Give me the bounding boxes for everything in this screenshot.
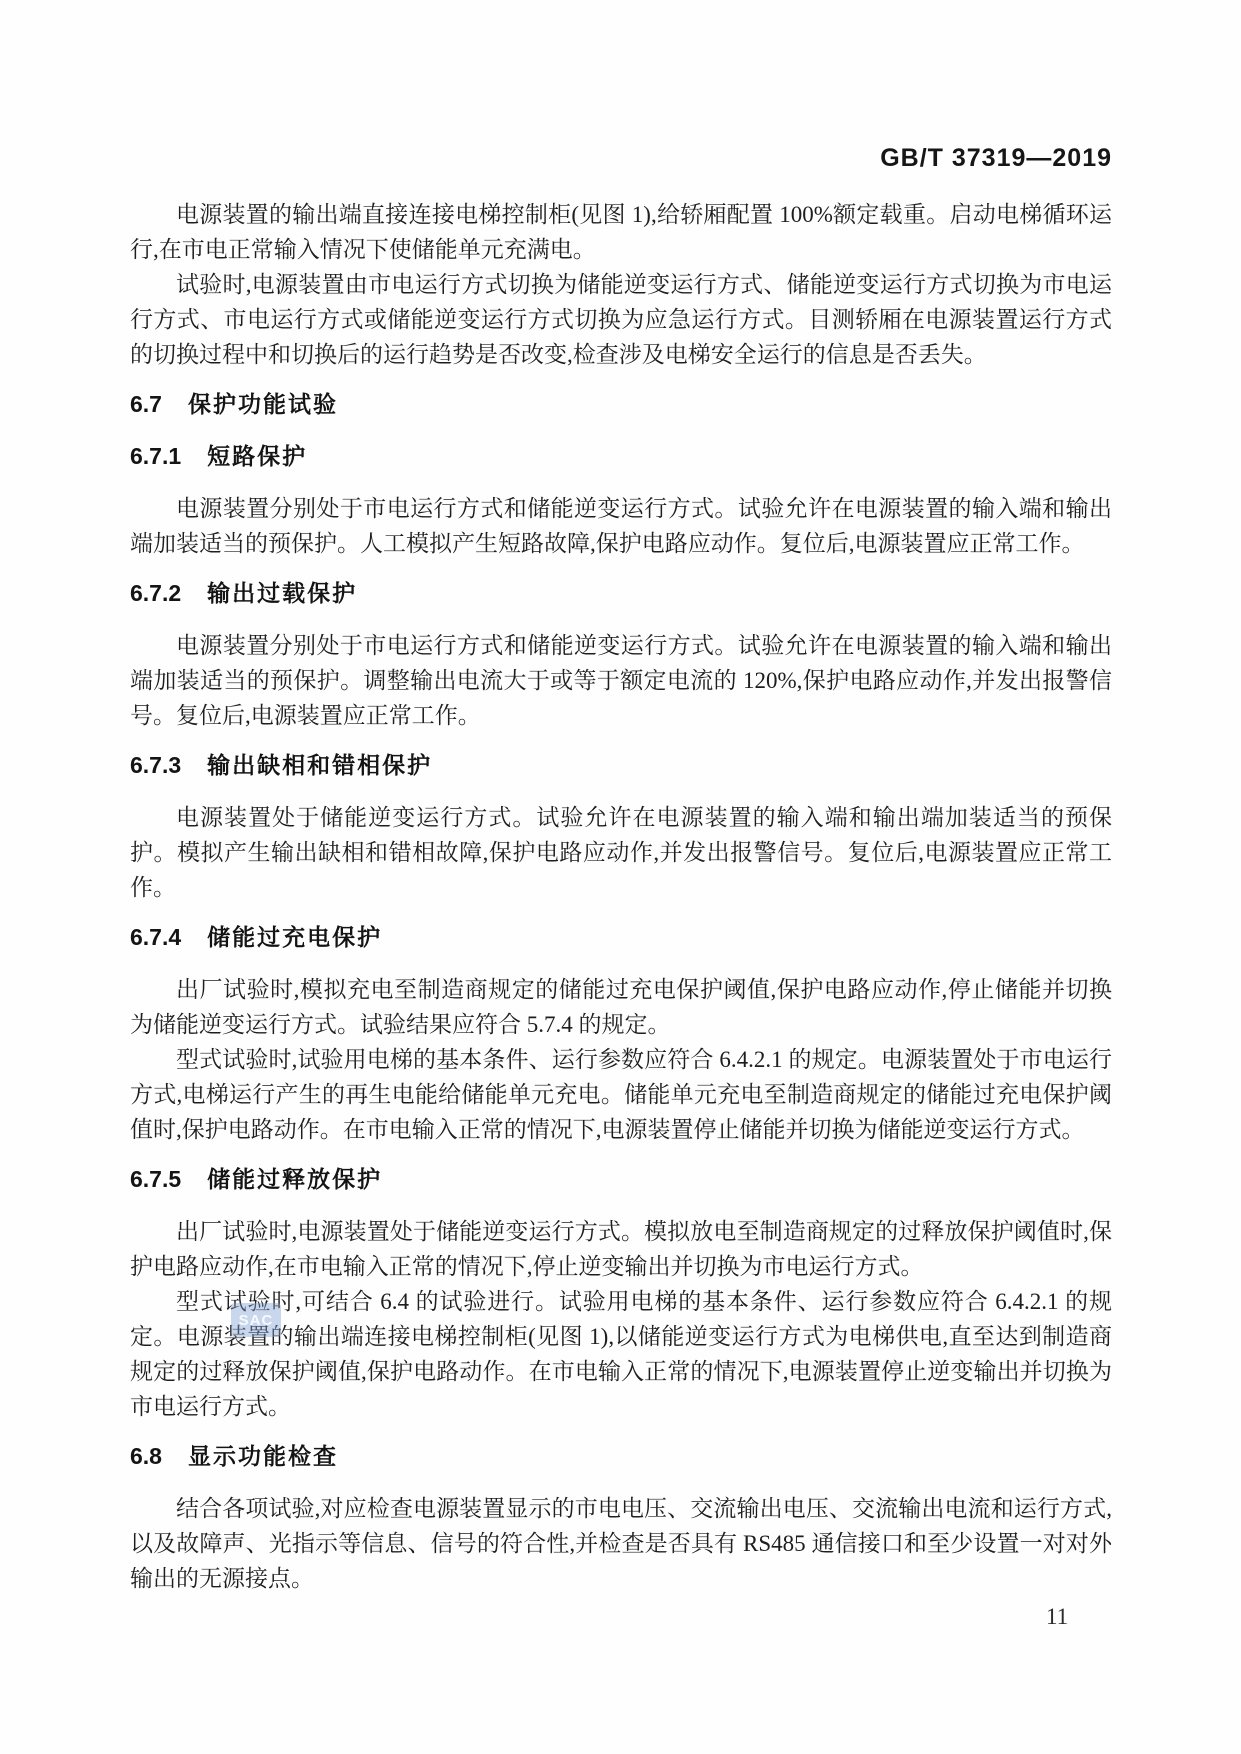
document-page: GB/T 37319—2019 电源装置的输出端直接连接电梯控制柜(见图 1),… xyxy=(0,0,1241,1754)
section-title: 保护功能试验 xyxy=(188,387,338,422)
section-title: 储能过充电保护 xyxy=(207,920,382,955)
section-number: 6.7.5 xyxy=(130,1162,181,1197)
paragraph: 电源装置处于储能逆变运行方式。试验允许在电源装置的输入端和输出端加装适当的预保护… xyxy=(130,800,1112,905)
section-heading-6-8: 6.8显示功能检查 xyxy=(130,1439,1112,1474)
paragraph: 出厂试验时,模拟充电至制造商规定的储能过充电保护阈值,保护电路应动作,停止储能并… xyxy=(130,972,1112,1042)
paragraph: 电源装置的输出端直接连接电梯控制柜(见图 1),给轿厢配置 100%额定载重。启… xyxy=(130,197,1112,267)
section-number: 6.7.4 xyxy=(130,920,181,955)
subsection-heading-6-7-2: 6.7.2输出过载保护 xyxy=(130,576,1112,611)
section-number: 6.8 xyxy=(130,1439,162,1474)
section-heading-6-7: 6.7保护功能试验 xyxy=(130,387,1112,422)
section-title: 显示功能检查 xyxy=(188,1439,338,1474)
paragraph: 电源装置分别处于市电运行方式和储能逆变运行方式。试验允许在电源装置的输入端和输出… xyxy=(130,491,1112,561)
paragraph: 型式试验时,试验用电梯的基本条件、运行参数应符合 6.4.2.1 的规定。电源装… xyxy=(130,1042,1112,1147)
section-title: 输出过载保护 xyxy=(207,576,357,611)
page-number: 11 xyxy=(1046,1604,1068,1630)
paragraph: 结合各项试验,对应检查电源装置显示的市电电压、交流输出电压、交流输出电流和运行方… xyxy=(130,1491,1112,1596)
subsection-heading-6-7-4: 6.7.4储能过充电保护 xyxy=(130,920,1112,955)
section-number: 6.7 xyxy=(130,387,162,422)
section-title: 短路保护 xyxy=(207,439,307,474)
paragraph: 型式试验时,可结合 6.4 的试验进行。试验用电梯的基本条件、运行参数应符合 6… xyxy=(130,1284,1112,1424)
section-number: 6.7.3 xyxy=(130,748,181,783)
document-body: 电源装置的输出端直接连接电梯控制柜(见图 1),给轿厢配置 100%额定载重。启… xyxy=(130,197,1112,1596)
section-number: 6.7.1 xyxy=(130,439,181,474)
paragraph: 试验时,电源装置由市电运行方式切换为储能逆变运行方式、储能逆变运行方式切换为市电… xyxy=(130,267,1112,372)
section-number: 6.7.2 xyxy=(130,576,181,611)
subsection-heading-6-7-5: 6.7.5储能过释放保护 xyxy=(130,1162,1112,1197)
section-title: 输出缺相和错相保护 xyxy=(207,748,432,783)
paragraph: 出厂试验时,电源装置处于储能逆变运行方式。模拟放电至制造商规定的过释放保护阈值时… xyxy=(130,1214,1112,1284)
paragraph: 电源装置分别处于市电运行方式和储能逆变运行方式。试验允许在电源装置的输入端和输出… xyxy=(130,628,1112,733)
standard-number-header: GB/T 37319—2019 xyxy=(130,144,1112,173)
subsection-heading-6-7-1: 6.7.1短路保护 xyxy=(130,439,1112,474)
subsection-heading-6-7-3: 6.7.3输出缺相和错相保护 xyxy=(130,748,1112,783)
section-title: 储能过释放保护 xyxy=(207,1162,382,1197)
